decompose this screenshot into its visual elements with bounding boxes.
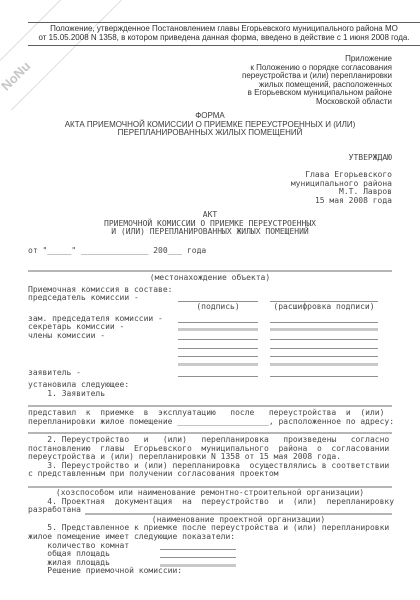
- applicant-fill-line: [28, 405, 392, 407]
- signature-decoded-caption: (расшифровка подписи): [270, 302, 378, 311]
- indicator-fill-line: [160, 549, 236, 559]
- text-line: УТВЕРЖДАЮ: [291, 154, 392, 163]
- appendix-block: Приложениек Положению о порядке согласов…: [242, 55, 392, 106]
- paragraph-1: представил к приемке в эксплуатацию посл…: [28, 409, 394, 426]
- commission-row-label: члены комиссии -: [28, 331, 178, 340]
- text-line: 1. Заявитель: [28, 390, 129, 399]
- commission-rows: Приемочная комиссия в составе:председате…: [28, 285, 392, 377]
- text-line: И (ИЛИ) ПЕРЕПЛАНИРОВАННЫХ ЖИЛЫХ ПОМЕЩЕНИ…: [0, 228, 420, 237]
- paragraph-5: 5. Представленное к приемке после переус…: [28, 524, 389, 541]
- signature-decoded-fill-line: [270, 293, 378, 303]
- commission-row: [28, 357, 392, 366]
- commission-row-label: председатель комиссии -: [28, 293, 178, 302]
- commission-row: заявитель -: [28, 369, 392, 378]
- signature-decoded-fill-line: [270, 313, 378, 323]
- developed-row: разработана: [28, 506, 392, 515]
- commission-row: [28, 349, 392, 358]
- text-line: перепланировки жилое помещение _________…: [28, 418, 394, 427]
- commission-table: Приемочная комиссия в составе:председате…: [28, 285, 392, 377]
- approval-block: УТВЕРЖДАЮ Глава Егорьевскогомуниципально…: [291, 154, 392, 206]
- location-caption: (местонахождение объекта): [28, 274, 392, 283]
- paragraph-2-3: 2. Переустройство и (или) перепланировка…: [28, 436, 389, 479]
- note-banner: Положение, утвержденное Постановлением г…: [28, 22, 420, 46]
- act-title: АКТПРИЕМОЧНОЙ КОМИССИИ О ПРИЕМКЕ ПЕРЕУСТ…: [0, 211, 420, 237]
- text-line: Московской области: [242, 98, 392, 107]
- established-block: установила следующее: 1. Заявитель: [28, 381, 129, 398]
- commission-row-label: заявитель -: [28, 368, 178, 377]
- text-line: от 15.05.2008 N 1358, в котором приведен…: [29, 34, 419, 43]
- document-page: NoNu .ru Положение, утвержденное Постано…: [0, 0, 420, 600]
- commission-row: председатель комиссии -: [28, 294, 392, 303]
- developed-label: разработана: [28, 506, 81, 515]
- text-line: с представленным при получении согласова…: [28, 470, 389, 479]
- signature-caption: (подпись): [178, 302, 258, 311]
- address-fill-line: [28, 432, 392, 434]
- form-title: ФОРМААКТА ПРИЕМОЧНОЙ КОМИССИИ О ПРИЕМКЕ …: [0, 112, 420, 138]
- signature-caption-row: (подпись)(расшифровка подписи): [28, 302, 392, 311]
- signature-fill-line: [178, 313, 258, 323]
- text-line: ПЕРЕПЛАНИРОВАННЫХ ЖИЛЫХ ПОМЕЩЕНИЙ: [0, 129, 420, 138]
- watermark-text-start: NoNu: [0, 58, 33, 93]
- watermark-ribbon: NoNu .ru: [0, 0, 137, 110]
- date-line: от "_____" ______________ 200___ года: [28, 247, 206, 256]
- signature-fill-line: [178, 368, 258, 378]
- decision-line: Решение приемочной комиссии:: [28, 567, 182, 576]
- signature-decoded-fill-line: [270, 363, 378, 366]
- text-line: 15 мая 2008 года: [291, 197, 392, 206]
- signature-fill-line: [178, 363, 258, 366]
- indicators-table: количество комнат общая площадь жилая пл…: [28, 541, 236, 567]
- signature-decoded-fill-line: [270, 368, 378, 378]
- location-fill-line: [28, 270, 392, 272]
- signature-fill-line: [178, 348, 258, 358]
- signature-decoded-fill-line: [270, 348, 378, 358]
- signature-fill-line: [178, 293, 258, 303]
